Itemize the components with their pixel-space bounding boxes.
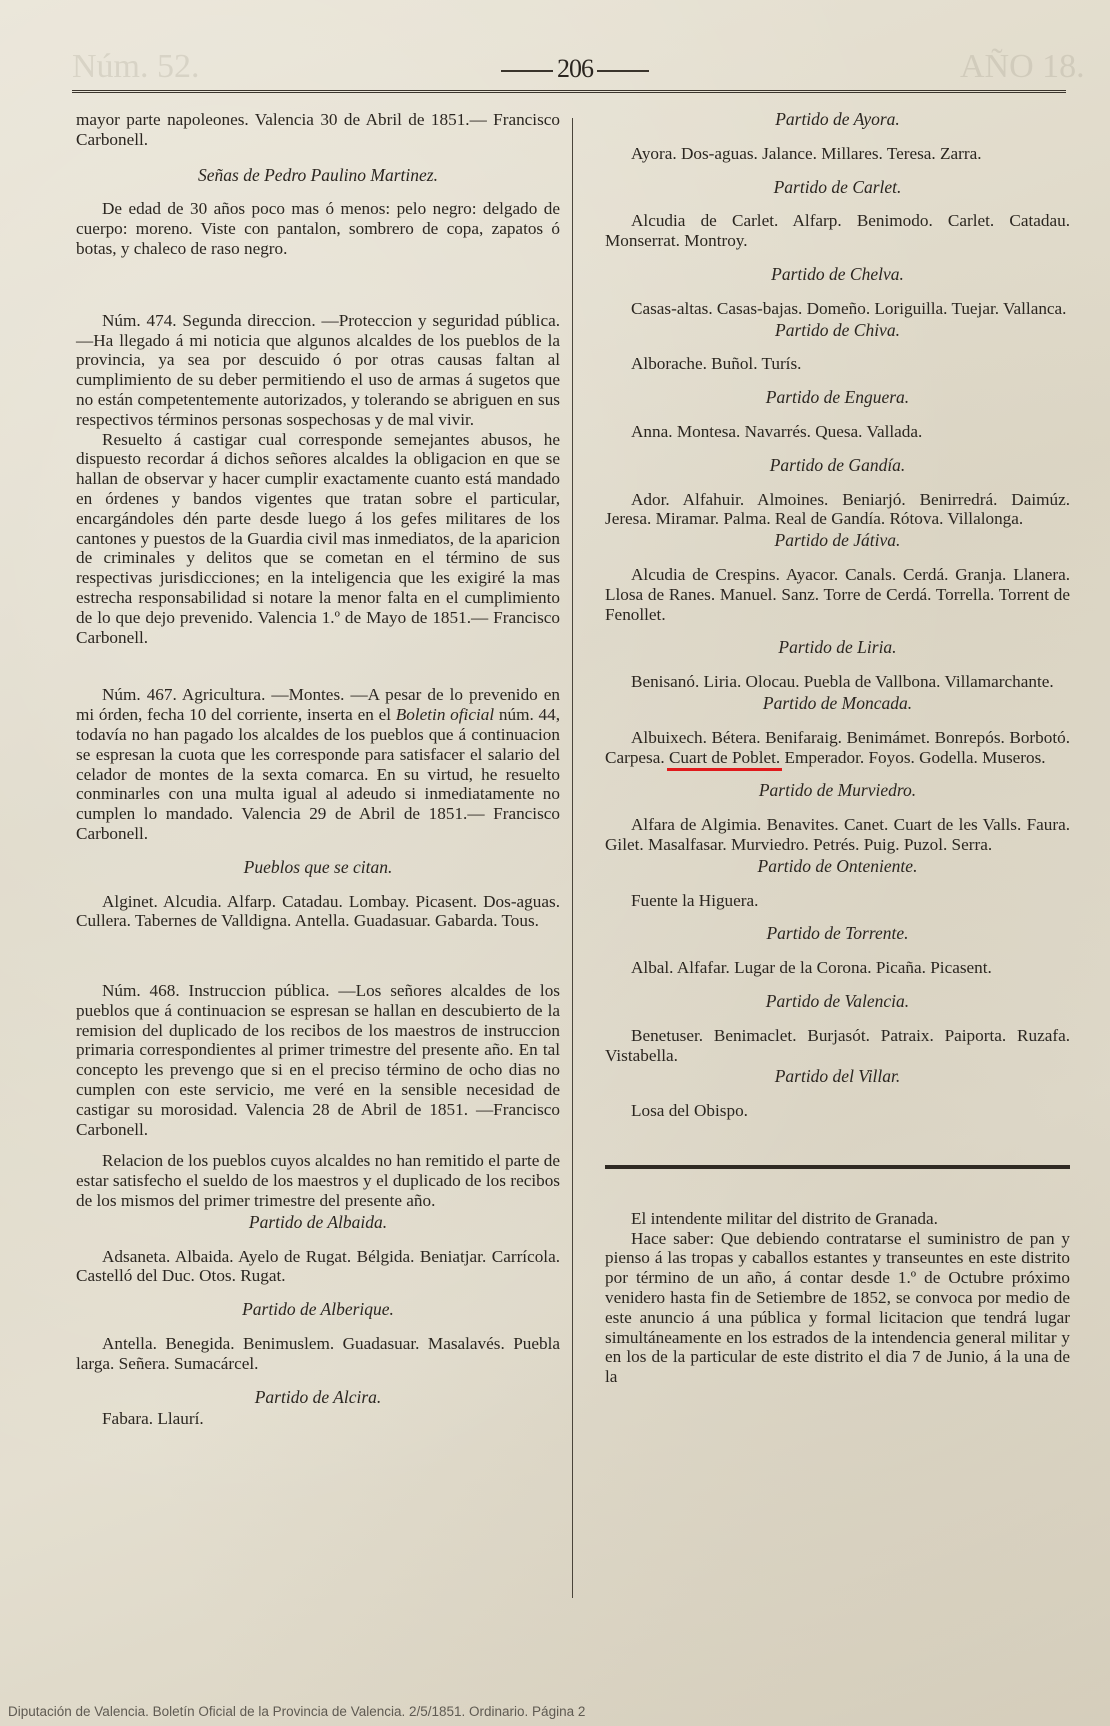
decree-467-rest: núm. 44, todavía no han pagado los alcal… xyxy=(76,705,560,843)
partido-heading: Partido de Chiva. xyxy=(605,321,1070,341)
partido-heading: Partido de Albaida. xyxy=(76,1213,560,1233)
partido-heading: Partido de Alberique. xyxy=(76,1300,560,1320)
partido-towns: Fuente la Higuera. xyxy=(605,891,1070,911)
partido-heading: Partido de Gandía. xyxy=(605,456,1070,476)
partido-towns: Benetuser. Benimaclet. Burjasót. Patraix… xyxy=(605,1026,1070,1066)
right-column: Partido de Ayora. Ayora. Dos-aguas. Jala… xyxy=(605,110,1070,1387)
bleed-through-issue-number: Núm. 52. xyxy=(72,48,200,86)
senas-heading: Señas de Pedro Paulino Martinez. xyxy=(76,166,560,186)
partido-heading: Partido de Carlet. xyxy=(605,178,1070,198)
moncada-towns-after: Emperador. Foyos. Godella. Museros. xyxy=(780,748,1045,767)
partido-heading: Partido de Onteniente. xyxy=(605,857,1070,877)
partido-towns: Alfara de Algimia. Benavites. Canet. Cua… xyxy=(605,815,1070,855)
left-partidos: Partido de Albaida. Adsaneta. Albaida. A… xyxy=(76,1213,560,1429)
partido-towns: Fabara. Llaurí. xyxy=(76,1409,560,1429)
decree-474-p2: Resuelto á castigar cual corresponde sem… xyxy=(76,430,560,648)
decree-468: Núm. 468. Instruccion pública. —Los seño… xyxy=(76,981,560,1139)
bleed-through-year: AÑO 18. xyxy=(960,48,1085,86)
granada-text: Hace saber: Que debiendo contratarse el … xyxy=(605,1229,1070,1387)
partido-heading: Partido de Liria. xyxy=(605,638,1070,658)
partido-towns: Alborache. Buñol. Turís. xyxy=(605,354,1070,374)
boletin-oficial-ref: Boletin oficial xyxy=(396,705,494,724)
relacion-text: Relacion de los pueblos cuyos alcaldes n… xyxy=(76,1151,560,1210)
granada-title: El intendente militar del distrito de Gr… xyxy=(605,1209,1070,1229)
partido-towns: Antella. Benegida. Benimuslem. Guadasuar… xyxy=(76,1334,560,1374)
header-rule xyxy=(72,90,1066,95)
partido-heading: Partido del Villar. xyxy=(605,1067,1070,1087)
partido-heading: Partido de Torrente. xyxy=(605,924,1070,944)
partido-towns: Anna. Montesa. Navarrés. Quesa. Vallada. xyxy=(605,422,1070,442)
partido-towns: Albal. Alfafar. Lugar de la Corona. Pica… xyxy=(605,958,1070,978)
partido-towns: Losa del Obispo. xyxy=(605,1101,1070,1121)
left-column: mayor parte napoleones. Valencia 30 de A… xyxy=(76,110,560,1429)
partido-towns: Ador. Alfahuir. Almoines. Beniarjó. Beni… xyxy=(605,490,1070,530)
partido-towns-moncada: Albuixech. Bétera. Benifaraig. Benimámet… xyxy=(605,728,1070,768)
partido-heading-moncada: Partido de Moncada. xyxy=(605,694,1070,714)
decree-467: Núm. 467. Agricultura. —Montes. —A pesar… xyxy=(76,685,560,843)
highlighted-town-cuart-de-poblet: Cuart de Poblet. xyxy=(669,748,780,767)
partido-heading: Partido de Ayora. xyxy=(605,110,1070,130)
partido-heading: Partido de Valencia. xyxy=(605,992,1070,1012)
page-number-text: 206 xyxy=(557,54,593,83)
partido-towns: Casas-altas. Casas-bajas. Domeño. Lorigu… xyxy=(605,299,1070,319)
partido-towns: Adsaneta. Albaida. Ayelo de Rugat. Bélgi… xyxy=(76,1247,560,1287)
partido-heading: Partido de Alcira. xyxy=(76,1388,560,1408)
pueblos-heading: Pueblos que se citan. xyxy=(76,858,560,878)
partido-towns: Alcudia de Crespins. Ayacor. Canals. Cer… xyxy=(605,565,1070,624)
partido-towns: Benisanó. Liria. Olocau. Puebla de Vallb… xyxy=(605,672,1070,692)
decree-474-p1: Núm. 474. Segunda direccion. —Proteccion… xyxy=(76,311,560,430)
partido-heading: Partido de Játiva. xyxy=(605,531,1070,551)
pueblos-list: Alginet. Alcudia. Alfarp. Catadau. Lomba… xyxy=(76,892,560,932)
partido-towns: Ayora. Dos-aguas. Jalance. Millares. Ter… xyxy=(605,144,1070,164)
intro-text: mayor parte napoleones. Valencia 30 de A… xyxy=(76,110,560,150)
partido-heading: Partido de Enguera. xyxy=(605,388,1070,408)
column-divider xyxy=(572,118,573,1598)
section-rule xyxy=(605,1165,1070,1169)
senas-text: De edad de 30 años poco mas ó menos: pel… xyxy=(76,199,560,258)
partido-heading: Partido de Murviedro. xyxy=(605,781,1070,801)
partido-towns: Alcudia de Carlet. Alfarp. Benimodo. Car… xyxy=(605,211,1070,251)
partido-heading: Partido de Chelva. xyxy=(605,265,1070,285)
page-number: 206 xyxy=(490,54,660,84)
footer-citation: Diputación de Valencia. Boletín Oficial … xyxy=(8,1704,585,1719)
